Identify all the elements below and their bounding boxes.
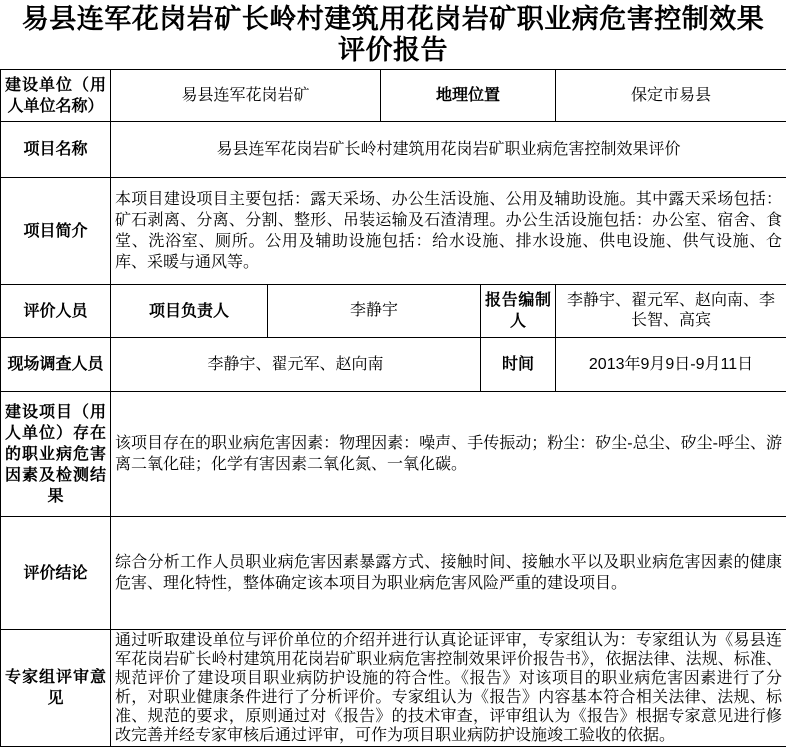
report-compilers-value: 李静宇、翟元军、赵向南、李长智、高宾 — [556, 285, 786, 338]
row-conclusion: 评价结论 综合分析工作人员职业病危害因素暴露方式、接触时间、接触水平以及职业病危… — [1, 517, 786, 630]
construction-unit-value: 易县连军花岗岩矿 — [111, 70, 381, 122]
row-project-intro: 项目简介 本项目建设项目主要包括：露天采场、办公生活设施、公用及辅助设施。其中露… — [1, 178, 786, 285]
report-compilers-label: 报告编制人 — [481, 285, 556, 338]
conclusion-value: 综合分析工作人员职业病危害因素暴露方式、接触时间、接触水平以及职业病危害因素的健… — [111, 517, 786, 630]
site-survey-value: 李静宇、翟元军、赵向南 — [111, 338, 481, 392]
row-project-name: 项目名称 易县连军花岗岩矿长岭村建筑用花岗岩矿职业病危害控制效果评价 — [1, 122, 786, 178]
expert-opinion-value: 通过听取建设单位与评价单位的介绍并进行认真论证评审，专家组认为：专家组认为《易县… — [111, 630, 786, 747]
page-title-line2: 评价报告 — [0, 35, 786, 66]
project-leader-label: 项目负责人 — [111, 285, 268, 338]
location-value: 保定市易县 — [556, 70, 786, 122]
location-label: 地理位置 — [381, 70, 556, 122]
row-construction-unit: 建设单位（用人单位名称） 易县连军花岗岩矿 地理位置 保定市易县 — [1, 70, 786, 122]
project-name-value: 易县连军花岗岩矿长岭村建筑用花岗岩矿职业病危害控制效果评价 — [111, 122, 786, 178]
row-evaluators: 评价人员 项目负责人 李静宇 报告编制人 李静宇、翟元军、赵向南、李长智、高宾 — [1, 285, 786, 338]
evaluators-label: 评价人员 — [1, 285, 111, 338]
expert-opinion-label: 专家组评审意见 — [1, 630, 111, 747]
report-table: 建设单位（用人单位名称） 易县连军花岗岩矿 地理位置 保定市易县 项目名称 易县… — [0, 69, 786, 747]
row-expert-opinion: 专家组评审意见 通过听取建设单位与评价单位的介绍并进行认真论证评审，专家组认为：… — [1, 630, 786, 747]
construction-unit-label: 建设单位（用人单位名称） — [1, 70, 111, 122]
row-hazards: 建设项目（用人单位）存在的职业病危害因素及检测结果 该项目存在的职业病危害因素：… — [1, 392, 786, 517]
page-title: 易县连军花岗岩矿长岭村建筑用花岗岩矿职业病危害控制效果 评价报告 — [0, 0, 786, 66]
report-page: 易县连军花岗岩矿长岭村建筑用花岗岩矿职业病危害控制效果 评价报告 建设单位（用人… — [0, 0, 786, 750]
time-label: 时间 — [481, 338, 556, 392]
hazards-value: 该项目存在的职业病危害因素：物理因素：噪声、手传振动；粉尘：矽尘-总尘、矽尘-呼… — [111, 392, 786, 517]
project-leader-value: 李静宇 — [268, 285, 481, 338]
project-name-label: 项目名称 — [1, 122, 111, 178]
site-survey-label: 现场调查人员 — [1, 338, 111, 392]
hazards-label: 建设项目（用人单位）存在的职业病危害因素及检测结果 — [1, 392, 111, 517]
conclusion-label: 评价结论 — [1, 517, 111, 630]
row-site-survey: 现场调查人员 李静宇、翟元军、赵向南 时间 2013年9月9日-9月11日 — [1, 338, 786, 392]
project-intro-label: 项目简介 — [1, 178, 111, 285]
time-value: 2013年9月9日-9月11日 — [556, 338, 786, 392]
page-title-line1: 易县连军花岗岩矿长岭村建筑用花岗岩矿职业病危害控制效果 — [0, 4, 786, 35]
project-intro-value: 本项目建设项目主要包括：露天采场、办公生活设施、公用及辅助设施。其中露天采场包括… — [111, 178, 786, 285]
